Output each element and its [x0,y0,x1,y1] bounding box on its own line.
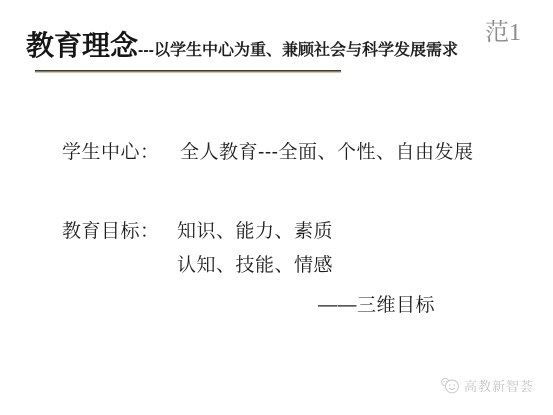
slide-title-subtitle: ---以学生中心为重、兼顾社会与科学发展需求 [138,37,458,60]
watermark-text: 高教新智荟 [464,376,534,395]
corner-tag: 范1 [485,20,521,46]
presentation-slide: 教育理念---以学生中心为重、兼顾社会与科学发展需求 范1 学生中心： 全人教育… [0,0,553,415]
row-student-center-label: 学生中心： [62,141,160,165]
row-student-center-value: 全人教育---全面、个性、自由发展 [180,141,473,165]
row-cognition-skill-emotion: 认知、技能、情感 [177,254,333,278]
watermark: 高教新智荟 [440,376,534,395]
title-underline [35,70,341,73]
slide-title: 教育理念---以学生中心为重、兼顾社会与科学发展需求 [26,24,458,64]
chat-smiley-icon [440,377,460,394]
row-education-goal-value: 知识、能力、素质 [177,220,333,244]
slide-title-main: 教育理念 [26,24,138,64]
row-three-dimension-goal: ——三维目标 [318,294,435,318]
row-education-goal-label: 教育目标： [62,220,160,244]
